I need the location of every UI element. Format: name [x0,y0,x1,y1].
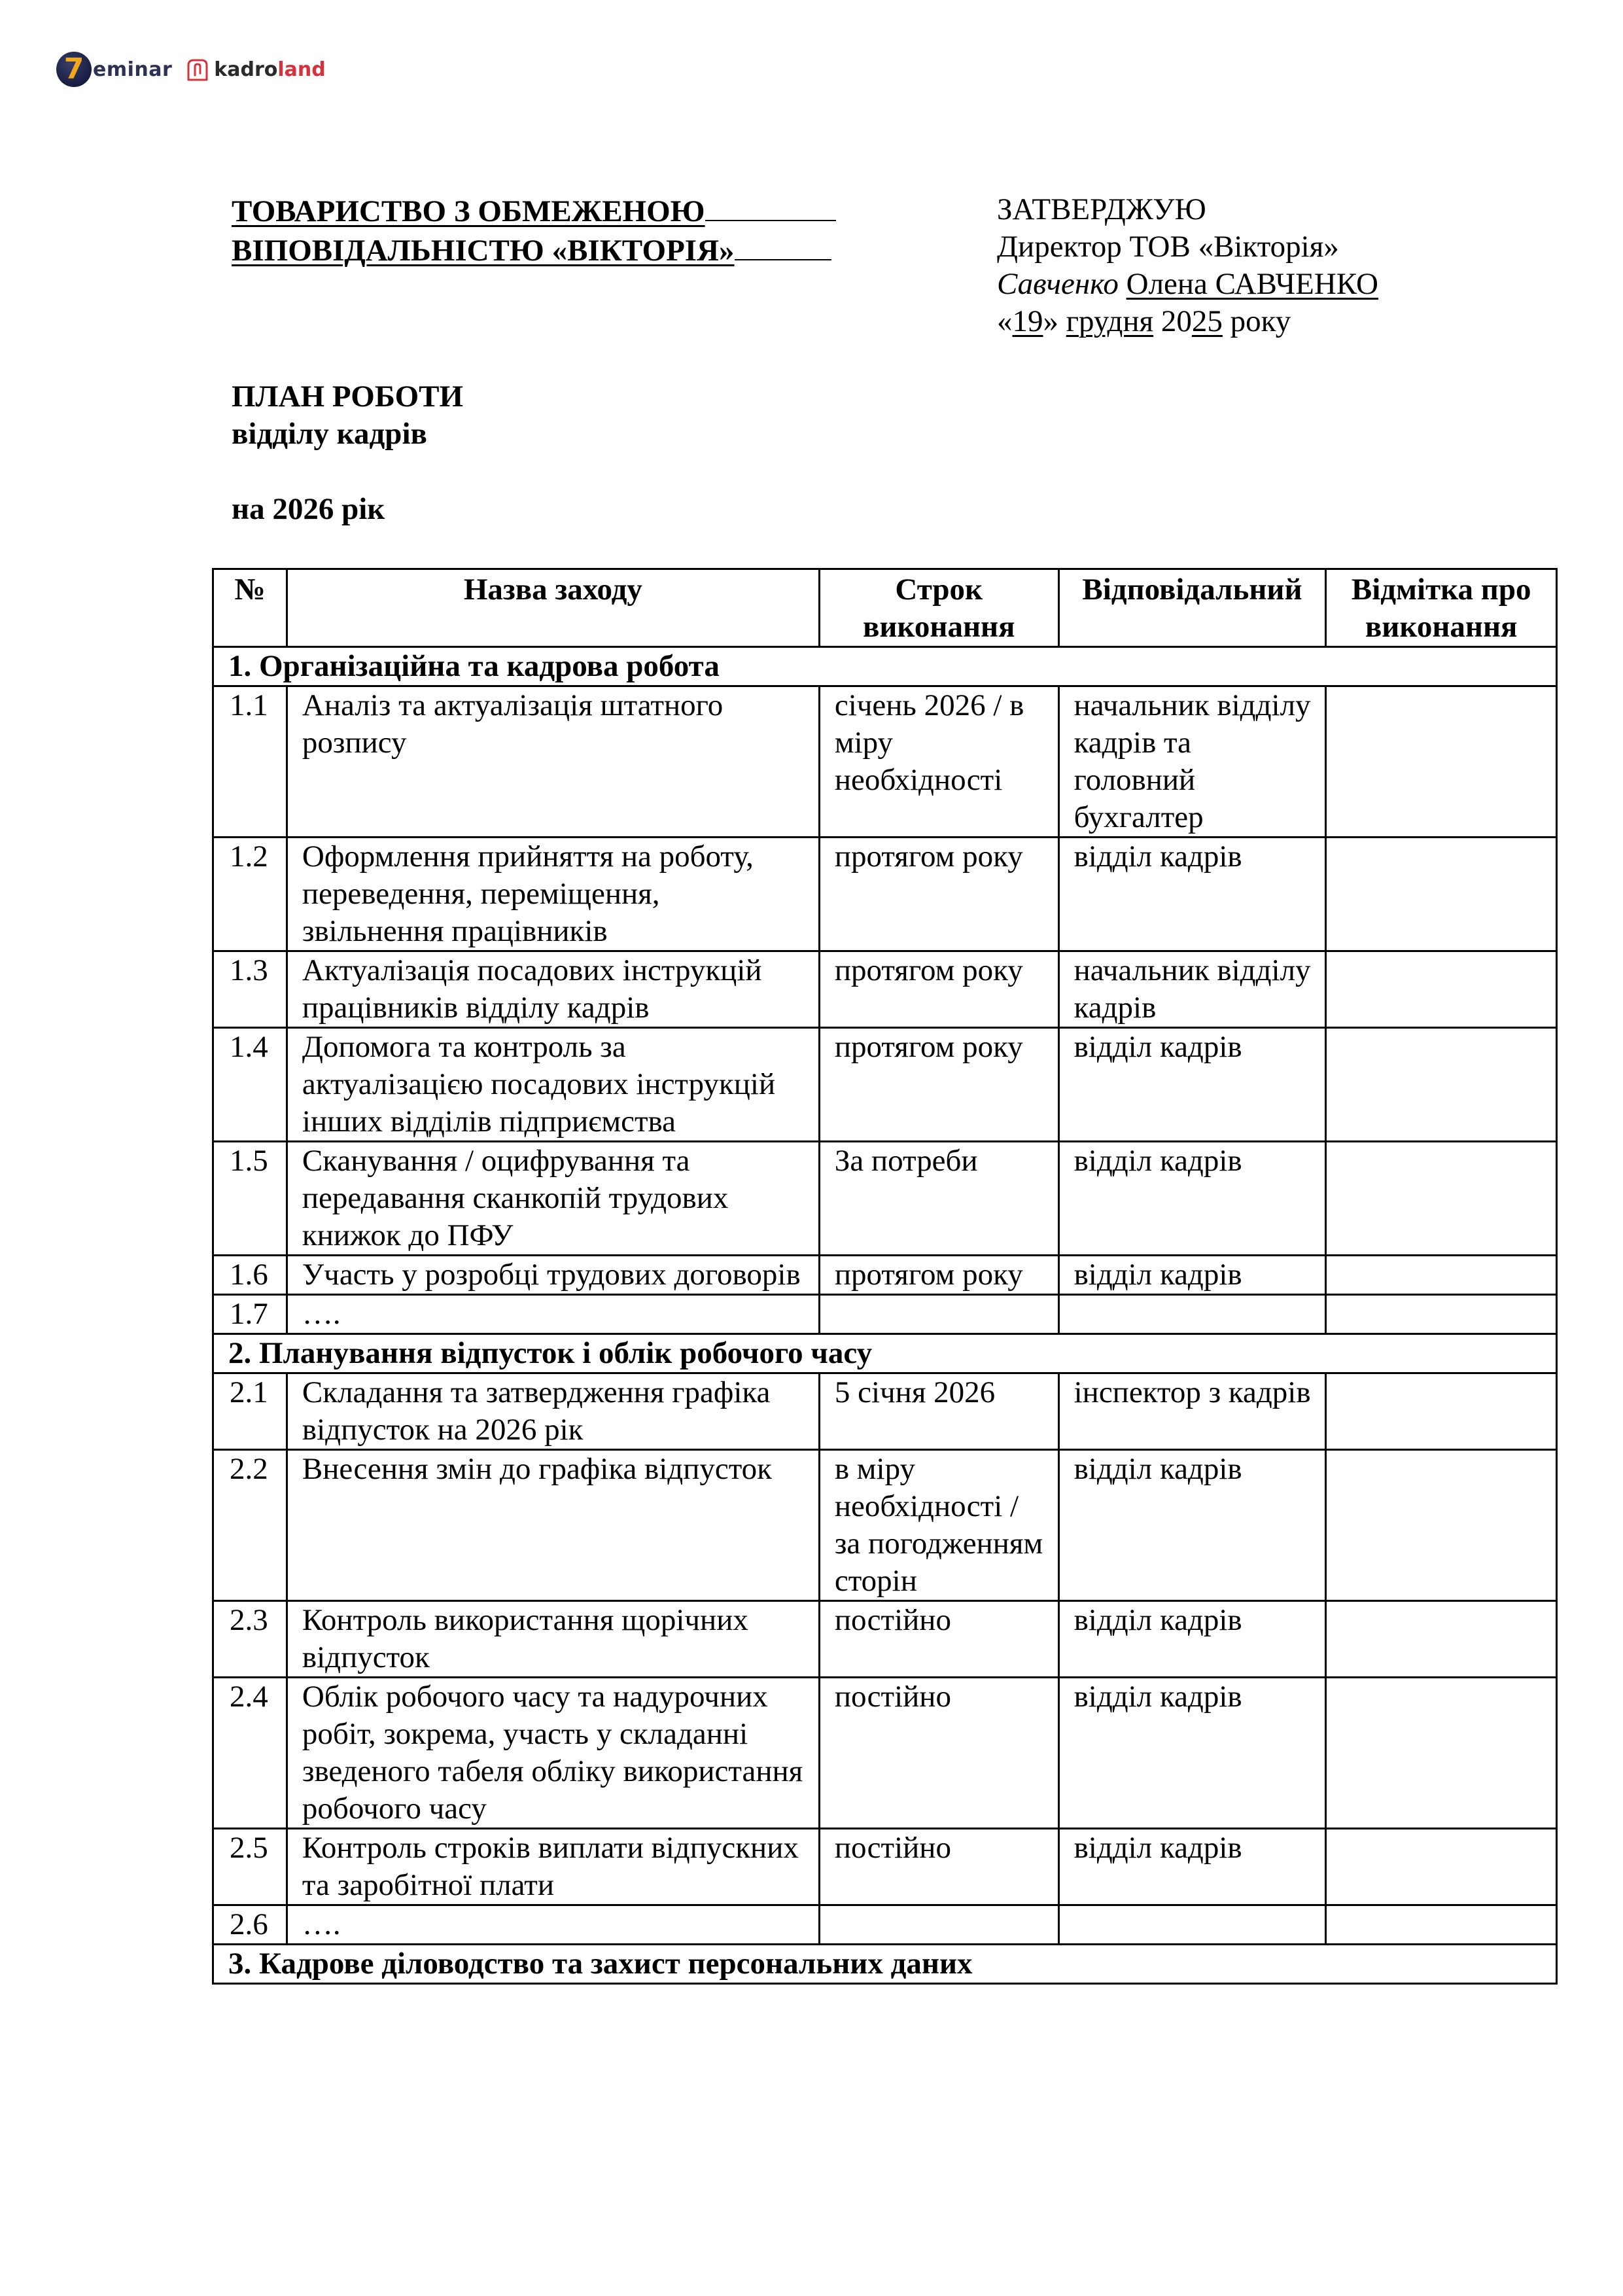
cell-completion-mark [1326,1829,1557,1905]
cell-responsible [1058,1905,1326,1945]
document-period: на 2026 рік [232,491,385,528]
cell-activity-name: Внесення змін до графіка відпусток [287,1450,819,1601]
cell-term: постійно [819,1601,1058,1678]
cell-term: постійно [819,1829,1058,1905]
column-header-responsible: Відповідальний [1058,569,1326,647]
table-row: 1.4Допомога та контроль за актуалізацією… [213,1028,1557,1142]
underline-filler [705,191,836,221]
cell-term [819,1905,1058,1945]
cell-responsible: начальник відділу кадрів та головний бух… [1058,686,1326,838]
section-title: 2. Планування відпусток і облік робочого… [213,1334,1557,1373]
cell-term: протягом року [819,951,1058,1028]
cell-activity-name: Оформлення прийняття на роботу, переведе… [287,838,819,951]
cell-activity-name: Аналіз та актуалізація штатного розпису [287,686,819,838]
section-title: 3. Кадрове діловодство та захист персона… [213,1945,1557,1984]
cell-activity-name: Контроль використання щорічних відпусток [287,1601,819,1678]
cell-number: 2.4 [213,1678,287,1829]
approval-signature-line: Савченко Олена САВЧЕНКО [997,266,1378,303]
kadroland-house-icon [186,58,209,81]
cell-completion-mark [1326,686,1557,838]
kadroland-logo-text: kadroland [214,58,325,81]
cell-completion-mark [1326,1142,1557,1256]
cell-activity-name: Актуалізація посадових інструкцій праців… [287,951,819,1028]
cell-activity-name: Складання та затвердження графіка відпус… [287,1373,819,1450]
approval-date-year: 25 [1192,304,1223,338]
cell-number: 2.1 [213,1373,287,1450]
cell-term: постійно [819,1678,1058,1829]
organization-name-line2: ВІПОВІДАЛЬНІСТЮ «ВІКТОРІЯ» [232,234,735,268]
column-header-number: № [213,569,287,647]
cell-number: 1.3 [213,951,287,1028]
cell-term: протягом року [819,1256,1058,1295]
cell-completion-mark [1326,838,1557,951]
column-header-term: Строк виконання [819,569,1058,647]
cell-completion-mark [1326,951,1557,1028]
table-row: 1.2Оформлення прийняття на роботу, перев… [213,838,1557,951]
table-row: 2.5Контроль строків виплати відпускних т… [213,1829,1557,1905]
cell-number: 2.6 [213,1905,287,1945]
approval-date-month: грудня [1066,304,1153,338]
section-row: 2. Планування відпусток і облік робочого… [213,1334,1557,1373]
document-title-main: ПЛАН РОБОТИ [232,378,463,415]
underline-filler [735,230,831,260]
table-row: 2.2Внесення змін до графіка відпустокв м… [213,1450,1557,1601]
cell-term: в міру необхідності / за погодженням сто… [819,1450,1058,1601]
organization-name: ТОВАРИСТВО З ОБМЕЖЕНОЮ ВІПОВІДАЛЬНІСТЮ «… [232,191,836,270]
work-plan-table: № Назва заходу Строк виконання Відповіда… [212,568,1558,1985]
organization-name-line1: ТОВАРИСТВО З ОБМЕЖЕНОЮ [232,194,705,228]
table-row: 2.6…. [213,1905,1557,1945]
document-title: ПЛАН РОБОТИ відділу кадрів [232,378,463,453]
table-row: 2.3Контроль використання щорічних відпус… [213,1601,1557,1678]
cell-completion-mark [1326,1678,1557,1829]
cell-completion-mark [1326,1256,1557,1295]
cell-number: 1.2 [213,838,287,951]
cell-responsible: інспектор з кадрів [1058,1373,1326,1450]
director-name: Олена САВЧЕНКО [1126,267,1378,301]
approval-date-day: 19 [1013,304,1043,338]
section-title: 1. Організаційна та кадрова робота [213,647,1557,686]
cell-responsible: відділ кадрів [1058,1601,1326,1678]
cell-number: 2.5 [213,1829,287,1905]
cell-term: протягом року [819,838,1058,951]
column-header-name: Назва заходу [287,569,819,647]
cell-term: протягом року [819,1028,1058,1142]
seminar-logo: 7 eminar [56,52,172,87]
cell-completion-mark [1326,1028,1557,1142]
kadroland-logo: kadroland [186,58,325,81]
cell-responsible [1058,1295,1326,1334]
cell-responsible: відділ кадрів [1058,1142,1326,1256]
table-row: 1.3Актуалізація посадових інструкцій пра… [213,951,1557,1028]
table-body: 1. Організаційна та кадрова робота1.1Ана… [213,647,1557,1984]
table-row: 1.7…. [213,1295,1557,1334]
approval-title: ЗАТВЕРДЖУЮ [997,191,1378,228]
cell-completion-mark [1326,1601,1557,1678]
cell-number: 1.6 [213,1256,287,1295]
section-row: 3. Кадрове діловодство та захист персона… [213,1945,1557,1984]
cell-activity-name: Допомога та контроль за актуалізацією по… [287,1028,819,1142]
cell-responsible: відділ кадрів [1058,838,1326,951]
cell-activity-name: Облік робочого часу та надурочних робіт,… [287,1678,819,1829]
header-logos: 7 eminar kadroland [56,51,326,88]
cell-number: 1.4 [213,1028,287,1142]
cell-responsible: відділ кадрів [1058,1256,1326,1295]
table-row: 1.1Аналіз та актуалізація штатного розпи… [213,686,1557,838]
section-row: 1. Організаційна та кадрова робота [213,647,1557,686]
cell-term: 5 січня 2026 [819,1373,1058,1450]
cell-completion-mark [1326,1373,1557,1450]
approval-position: Директор ТОВ «Вікторія» [997,228,1378,266]
table-row: 2.4Облік робочого часу та надурочних роб… [213,1678,1557,1829]
seminar-badge-digit: 7 [64,55,84,84]
cell-completion-mark [1326,1450,1557,1601]
cell-term: січень 2026 / в міру необхідності [819,686,1058,838]
cell-responsible: відділ кадрів [1058,1829,1326,1905]
cell-responsible: начальник відділу кадрів [1058,951,1326,1028]
document-title-subtitle: відділу кадрів [232,415,463,453]
cell-number: 1.1 [213,686,287,838]
seminar-badge-icon: 7 [56,52,92,87]
cell-number: 2.2 [213,1450,287,1601]
table-row: 1.5Сканування / оцифрування та передаван… [213,1142,1557,1256]
cell-term: За потреби [819,1142,1058,1256]
cell-number: 1.7 [213,1295,287,1334]
cell-activity-name: Сканування / оцифрування та передавання … [287,1142,819,1256]
table-header-row: № Назва заходу Строк виконання Відповіда… [213,569,1557,647]
table-row: 1.6Участь у розробці трудових договорівп… [213,1256,1557,1295]
cell-activity-name: …. [287,1295,819,1334]
cell-responsible: відділ кадрів [1058,1028,1326,1142]
signature: Савченко [997,267,1119,301]
cell-activity-name: Участь у розробці трудових договорів [287,1256,819,1295]
cell-number: 2.3 [213,1601,287,1678]
cell-number: 1.5 [213,1142,287,1256]
column-header-mark: Відмітка про виконання [1326,569,1557,647]
approval-block: ЗАТВЕРДЖУЮ Директор ТОВ «Вікторія» Савче… [997,191,1378,340]
cell-completion-mark [1326,1905,1557,1945]
cell-responsible: відділ кадрів [1058,1678,1326,1829]
cell-responsible: відділ кадрів [1058,1450,1326,1601]
cell-activity-name: Контроль строків виплати відпускних та з… [287,1829,819,1905]
cell-term [819,1295,1058,1334]
cell-activity-name: …. [287,1905,819,1945]
approval-date: «19» грудня 2025 року [997,303,1378,340]
cell-completion-mark [1326,1295,1557,1334]
seminar-logo-text: eminar [93,58,172,81]
table-row: 2.1Складання та затвердження графіка від… [213,1373,1557,1450]
